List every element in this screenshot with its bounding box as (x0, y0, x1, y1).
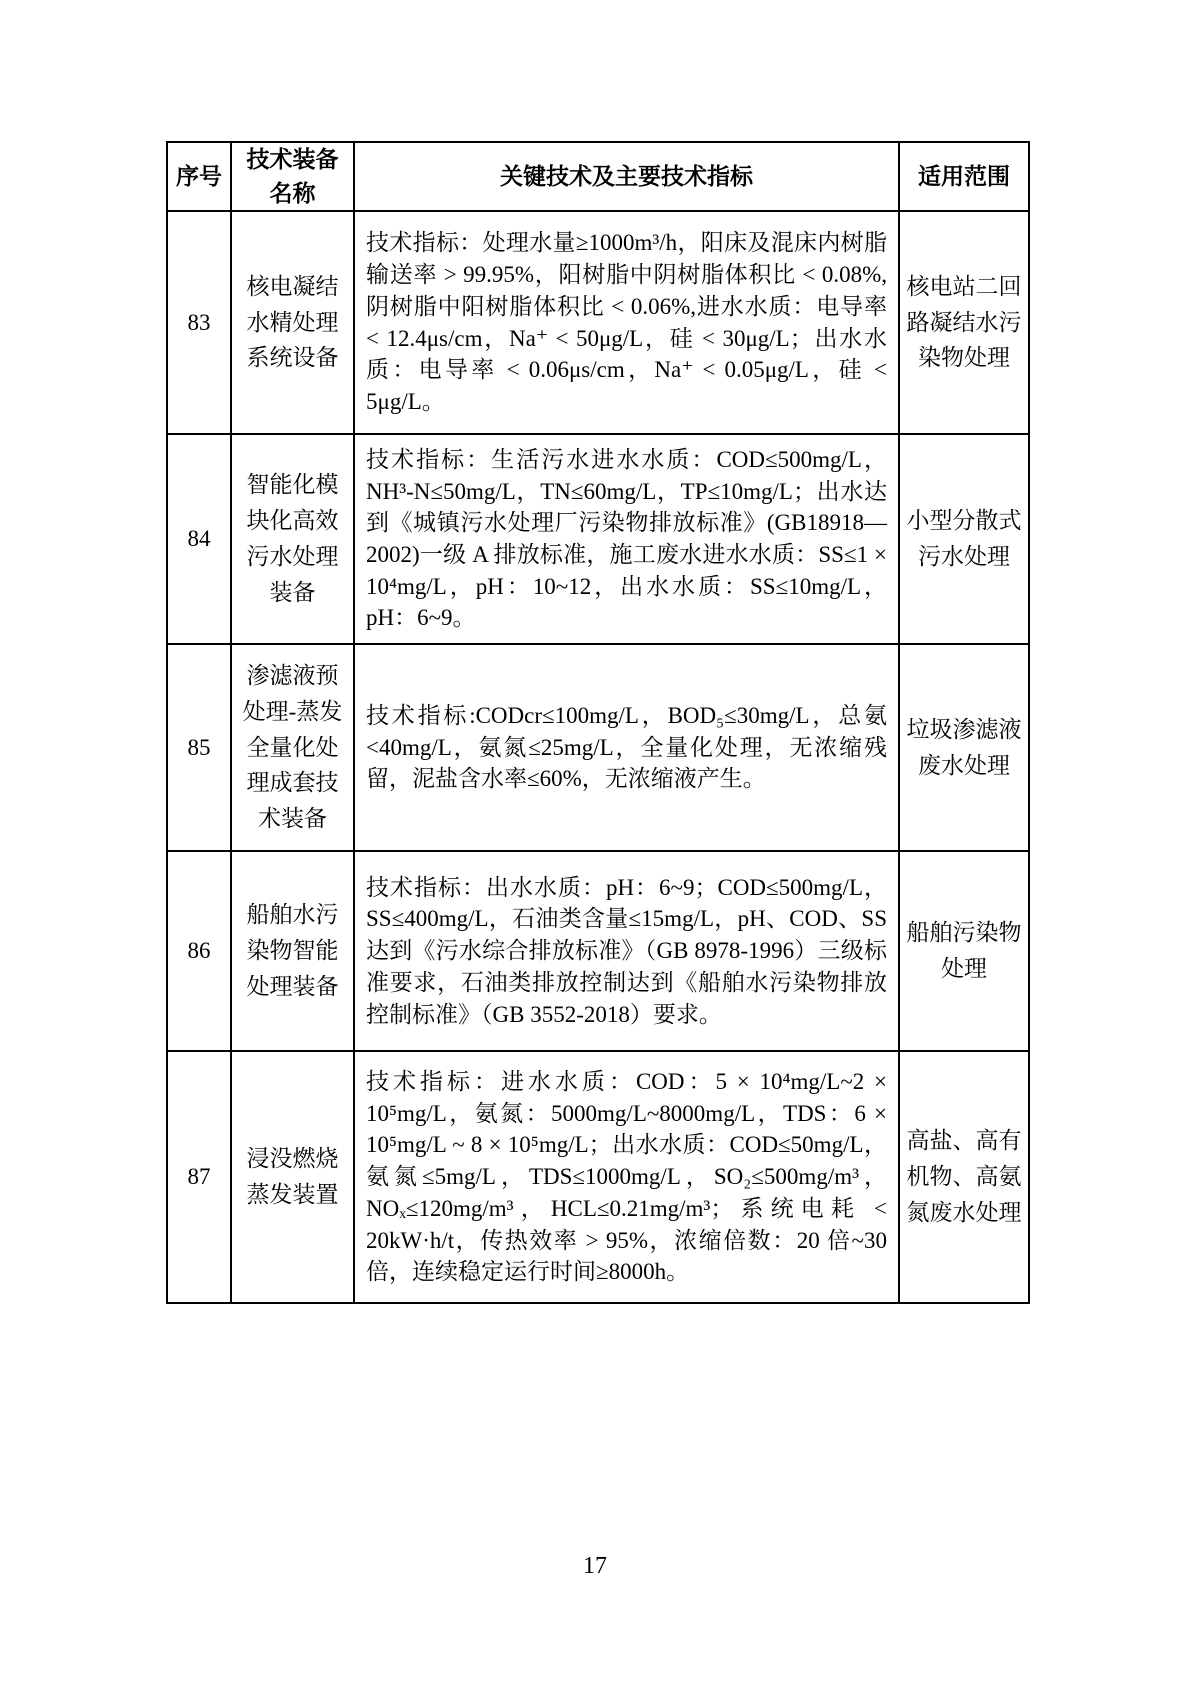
equipment-name-cell: 船舶水污染物智能处理装备 (231, 851, 354, 1051)
table-header-row: 序号 技术装备名称 关键技术及主要技术指标 适用范围 (167, 142, 1029, 211)
row-number-cell: 87 (167, 1051, 231, 1303)
tech-spec-cell: 技术指标：处理水量≥1000m³/h，阳床及混床内树脂输送率 > 99.95%，… (354, 211, 899, 434)
table-row: 86 船舶水污染物智能处理装备 技术指标：出水水质：pH：6~9；COD≤500… (167, 851, 1029, 1051)
row-number-cell: 83 (167, 211, 231, 434)
equipment-name-cell: 渗滤液预处理-蒸发全量化处理成套技术装备 (231, 644, 354, 851)
table-row: 83 核电凝结水精处理系统设备 技术指标：处理水量≥1000m³/h，阳床及混床… (167, 211, 1029, 434)
equipment-spec-table: 序号 技术装备名称 关键技术及主要技术指标 适用范围 83 核电凝结水精处理系统… (166, 141, 1030, 1304)
header-key-tech: 关键技术及主要技术指标 (354, 142, 899, 211)
tech-spec-cell: 技术指标：出水水质：pH：6~9；COD≤500mg/L，SS≤400mg/L，… (354, 851, 899, 1051)
document-page: 序号 技术装备名称 关键技术及主要技术指标 适用范围 83 核电凝结水精处理系统… (0, 0, 1190, 1683)
tech-spec-cell: 技术指标：生活污水进水水质：COD≤500mg/L，NH³-N≤50mg/L，T… (354, 434, 899, 644)
tech-spec-cell: 技术指标：进水水质：COD：5 × 10⁴mg/L~2 × 10⁵mg/L，氨氮… (354, 1051, 899, 1303)
scope-cell: 小型分散式污水处理 (899, 434, 1029, 644)
table-row: 85 渗滤液预处理-蒸发全量化处理成套技术装备 技术指标:CODcr≤100mg… (167, 644, 1029, 851)
equipment-name-cell: 核电凝结水精处理系统设备 (231, 211, 354, 434)
scope-cell: 高盐、高有机物、高氨氮废水处理 (899, 1051, 1029, 1303)
equipment-name-cell: 智能化模块化高效污水处理装备 (231, 434, 354, 644)
row-number-cell: 86 (167, 851, 231, 1051)
scope-cell: 垃圾渗滤液废水处理 (899, 644, 1029, 851)
scope-cell: 核电站二回路凝结水污染物处理 (899, 211, 1029, 434)
table-row: 87 浸没燃烧蒸发装置 技术指标：进水水质：COD：5 × 10⁴mg/L~2 … (167, 1051, 1029, 1303)
row-number-cell: 84 (167, 434, 231, 644)
scope-cell: 船舶污染物处理 (899, 851, 1029, 1051)
header-scope: 适用范围 (899, 142, 1029, 211)
row-number-cell: 85 (167, 644, 231, 851)
equipment-name-cell: 浸没燃烧蒸发装置 (231, 1051, 354, 1303)
tech-spec-cell: 技术指标:CODcr≤100mg/L，BOD₅≤30mg/L，总氨<40mg/L… (354, 644, 899, 851)
header-serial-number: 序号 (167, 142, 231, 211)
table-row: 84 智能化模块化高效污水处理装备 技术指标：生活污水进水水质：COD≤500m… (167, 434, 1029, 644)
page-number: 17 (0, 1552, 1190, 1581)
header-equipment-name: 技术装备名称 (231, 142, 354, 211)
